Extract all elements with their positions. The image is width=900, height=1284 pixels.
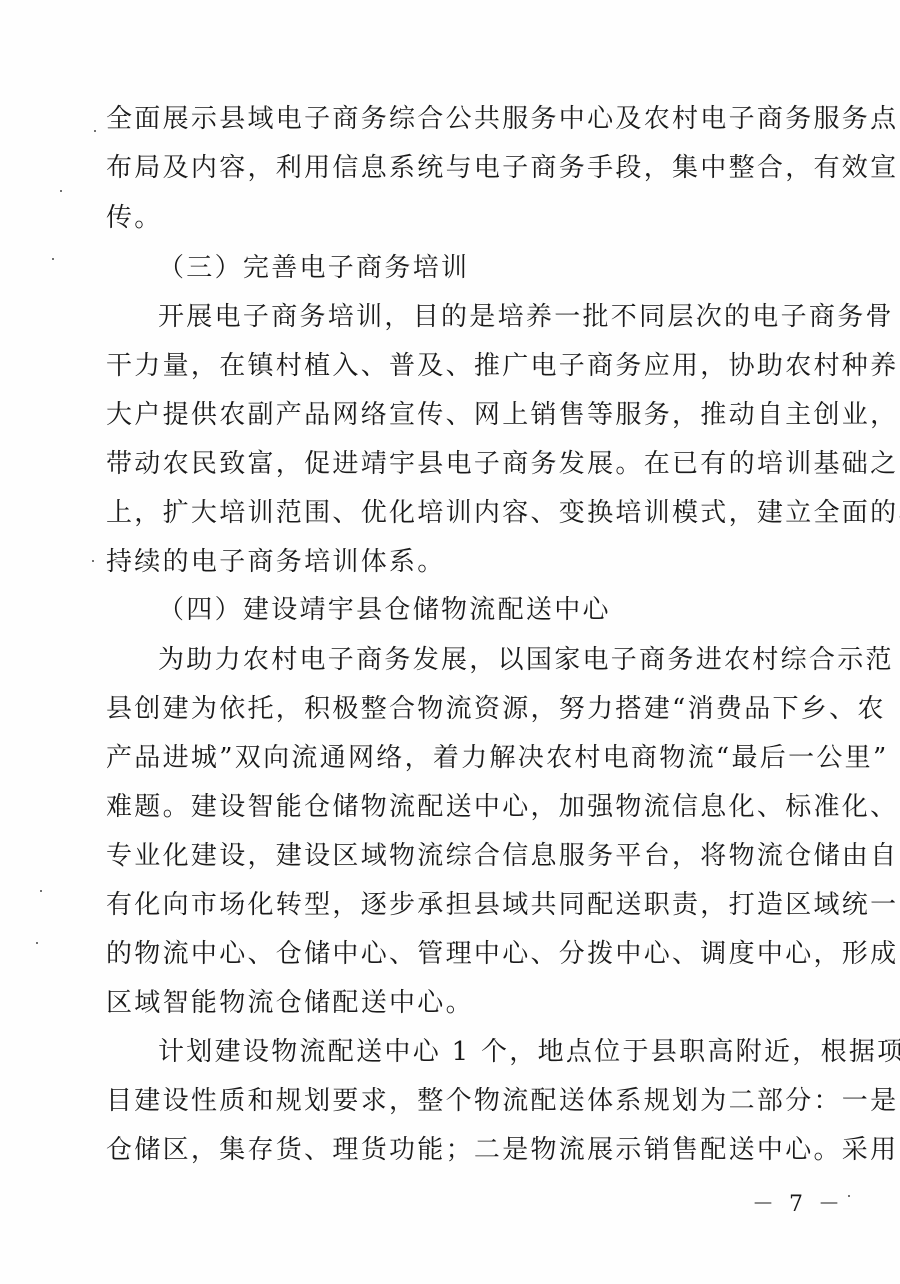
text-line: 带动农民致富，促进靖宇县电子商务发展。在已有的培训基础之: [106, 449, 806, 479]
text-line: 布局及内容，利用信息系统与电子商务手段，集中整合，有效宣: [106, 153, 806, 183]
text-line: 传。: [106, 203, 806, 233]
scan-speck: [60, 190, 62, 192]
text-line: 难题。建设智能仓储物流配送中心，加强物流信息化、标准化、: [106, 792, 806, 822]
text-line: 有化向市场化转型，逐步承担县域共同配送职责，打造区域统一: [106, 890, 806, 920]
text-line: 计划建设物流配送中心 1 个，地点位于县职高附近，根据项: [158, 1037, 858, 1067]
scan-speck: [94, 130, 96, 132]
scan-speck: [40, 890, 42, 892]
scan-speck: [92, 560, 94, 562]
text-line: 持续的电子商务培训体系。: [106, 547, 806, 577]
scan-speck: [848, 1195, 850, 1197]
text-line: 全面展示县域电子商务综合公共服务中心及农村电子商务服务点: [106, 104, 806, 134]
text-line: 的物流中心、仓储中心、管理中心、分拨中心、调度中心，形成: [106, 939, 806, 969]
text-line: 为助力农村电子商务发展，以国家电子商务进农村综合示范: [158, 645, 858, 675]
section-heading-3: （三）完善电子商务培训: [158, 253, 858, 283]
text-line: 上，扩大培训范围、优化培训内容、变换培训模式，建立全面的、: [106, 498, 806, 528]
section-heading-4: （四）建设靖宇县仓储物流配送中心: [158, 595, 858, 625]
text-line: 专业化建设，建设区域物流综合信息服务平台，将物流仓储由自: [106, 841, 806, 871]
document-page: 全面展示县域电子商务综合公共服务中心及农村电子商务服务点 布局及内容，利用信息系…: [0, 0, 900, 1284]
scan-speck: [52, 258, 54, 260]
scan-speck: [36, 942, 38, 944]
page-number: － 7 －: [752, 1187, 844, 1218]
text-line: 干力量，在镇村植入、普及、推广电子商务应用，协助农村种养: [106, 351, 806, 381]
text-line: 县创建为依托，积极整合物流资源，努力搭建“消费品下乡、农: [106, 694, 806, 724]
text-line: 开展电子商务培训，目的是培养一批不同层次的电子商务骨: [158, 302, 858, 332]
text-line: 产品进城”双向流通网络，着力解决农村电商物流“最后一公里”: [106, 743, 806, 773]
text-line: 区域智能物流仓储配送中心。: [106, 988, 806, 1018]
text-line: 大户提供农副产品网络宣传、网上销售等服务，推动自主创业，: [106, 400, 806, 430]
text-line: 仓储区，集存货、理货功能；二是物流展示销售配送中心。采用: [106, 1135, 806, 1165]
text-line: 目建设性质和规划要求，整个物流配送体系规划为二部分：一是: [106, 1086, 806, 1116]
